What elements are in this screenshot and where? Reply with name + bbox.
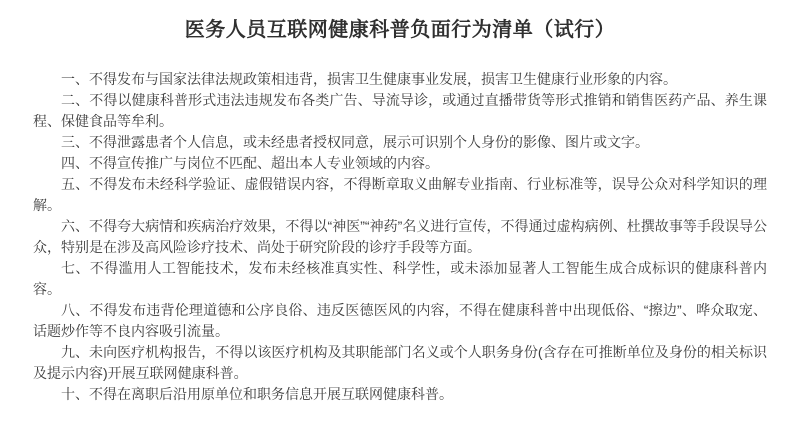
list-item-5: 五、不得发布未经科学验证、虚假错误内容，不得断章取义曲解专业指南、行业标准等，误…: [33, 174, 767, 216]
document-page: 医务人员互联网健康科普负面行为清单（试行） 一、不得发布与国家法律法规政策相违背…: [0, 0, 800, 405]
list-item-2: 二、不得以健康科普形式违法违规发布各类广告、导流导诊，或通过直播带货等形式推销和…: [33, 90, 767, 132]
list-item-7: 七、不得滥用人工智能技术，发布未经核准真实性、科学性，或未添加显著人工智能生成合…: [33, 258, 767, 300]
list-item-8: 八、不得发布违背伦理道德和公序良俗、违反医德医风的内容，不得在健康科普中出现低俗…: [33, 300, 767, 342]
list-item-6: 六、不得夸大病情和疾病治疗效果，不得以“神医”“神药”名义进行宣传，不得通过虚构…: [33, 216, 767, 258]
negative-behavior-list: 一、不得发布与国家法律法规政策相违背，损害卫生健康事业发展，损害卫生健康行业形象…: [33, 69, 767, 405]
list-item-3: 三、不得泄露患者个人信息，或未经患者授权同意，展示可识别个人身份的影像、图片或文…: [33, 132, 767, 153]
list-item-1: 一、不得发布与国家法律法规政策相违背，损害卫生健康事业发展，损害卫生健康行业形象…: [33, 69, 767, 90]
list-item-4: 四、不得宣传推广与岗位不匹配、超出本人专业领域的内容。: [33, 153, 767, 174]
list-item-9: 九、未向医疗机构报告，不得以该医疗机构及其职能部门名义或个人职务身份(含存在可推…: [33, 342, 767, 384]
page-title: 医务人员互联网健康科普负面行为清单（试行）: [33, 16, 767, 44]
list-item-10: 十、不得在离职后沿用原单位和职务信息开展互联网健康科普。: [33, 384, 767, 405]
